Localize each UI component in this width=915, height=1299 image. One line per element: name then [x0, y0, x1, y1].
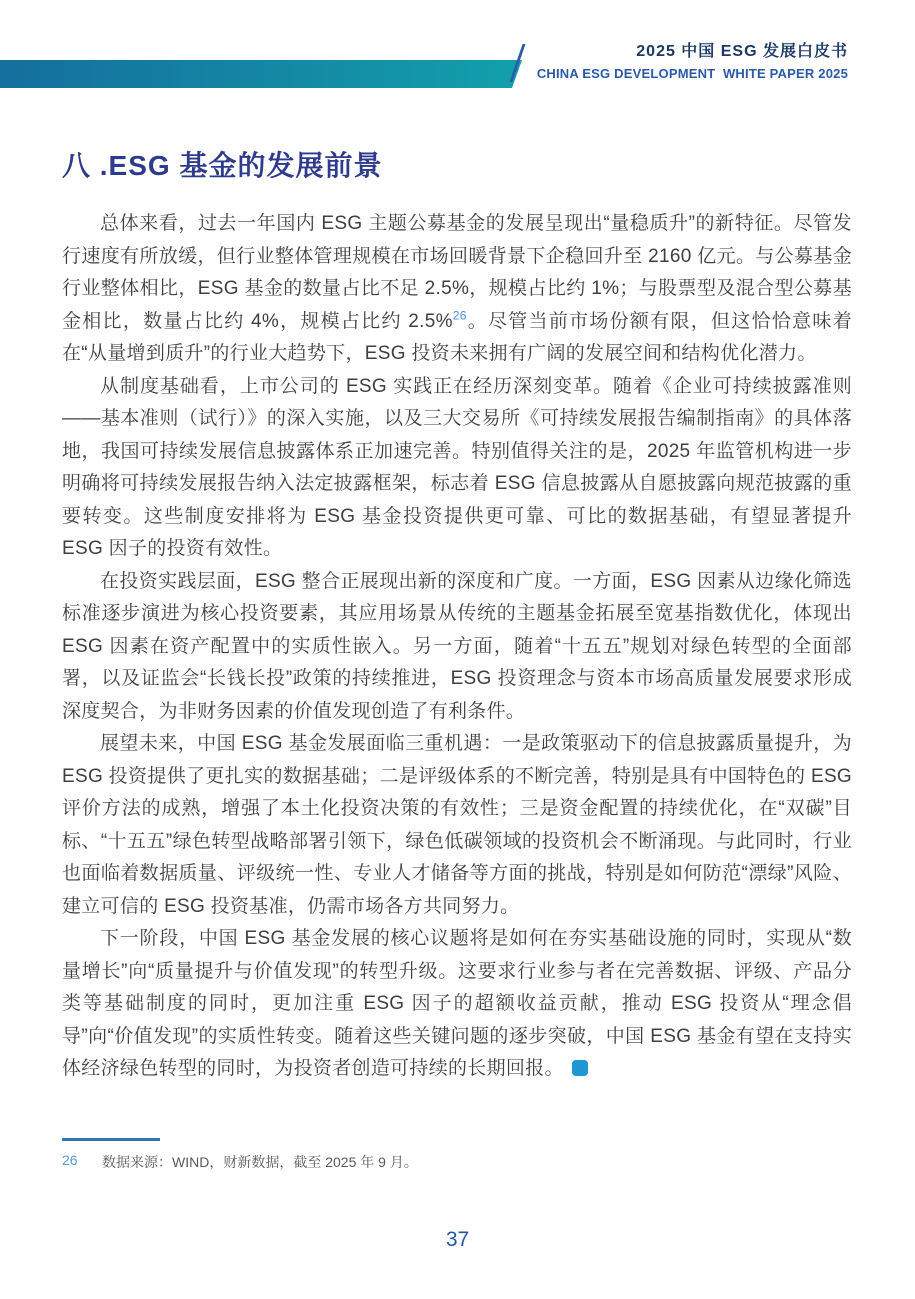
main-content: 八 .ESG 基金的发展前景 总体来看，过去一年国内 ESG 主题公募基金的发展… [62, 146, 852, 1086]
footnote-row: 26 数据来源：WIND，财新数据，截至 2025 年 9 月。 [62, 1152, 852, 1172]
body-paragraph-3: 在投资实践层面，ESG 整合正展现出新的深度和广度。一方面，ESG 因素从边缘化… [62, 566, 852, 729]
header-accent-bar [0, 60, 522, 88]
footnote-marker: 26 [62, 1152, 102, 1172]
section-heading: 八 .ESG 基金的发展前景 [62, 146, 852, 186]
footnote-divider [62, 1138, 160, 1141]
body-paragraph-5: 下一阶段，中国 ESG 基金发展的核心议题将是如何在夯实基础设施的同时，实现从“… [62, 923, 852, 1086]
document-page: 2025 中国 ESG 发展白皮书 CHINA ESG DEVELOPMENT … [0, 0, 915, 1299]
footnote-ref-26: 26 [453, 308, 467, 322]
header-title-en: CHINA ESG DEVELOPMENT WHITE PAPER 2025 [537, 66, 848, 82]
page-number: 37 [0, 1228, 915, 1252]
header: 2025 中国 ESG 发展白皮书 CHINA ESG DEVELOPMENT … [537, 42, 848, 82]
footnote-section: 26 数据来源：WIND，财新数据，截至 2025 年 9 月。 [62, 1138, 852, 1172]
footnote-text: 数据来源：WIND，财新数据，截至 2025 年 9 月。 [102, 1152, 418, 1172]
article-end-mark [572, 1060, 588, 1076]
body-text: 总体来看，过去一年国内 ESG 主题公募基金的发展呈现出“量稳质升”的新特征。尽… [62, 208, 852, 1086]
body-paragraph-4: 展望未来，中国 ESG 基金发展面临三重机遇：一是政策驱动下的信息披露质量提升，… [62, 728, 852, 923]
body-paragraph-2: 从制度基础看，上市公司的 ESG 实践正在经历深刻变革。随着《企业可持续披露准则… [62, 371, 852, 566]
header-title-cn: 2025 中国 ESG 发展白皮书 [537, 42, 848, 62]
body-paragraph-1: 总体来看，过去一年国内 ESG 主题公募基金的发展呈现出“量稳质升”的新特征。尽… [62, 208, 852, 371]
paragraph-text: 下一阶段，中国 ESG 基金发展的核心议题将是如何在夯实基础设施的同时，实现从“… [62, 928, 852, 1079]
